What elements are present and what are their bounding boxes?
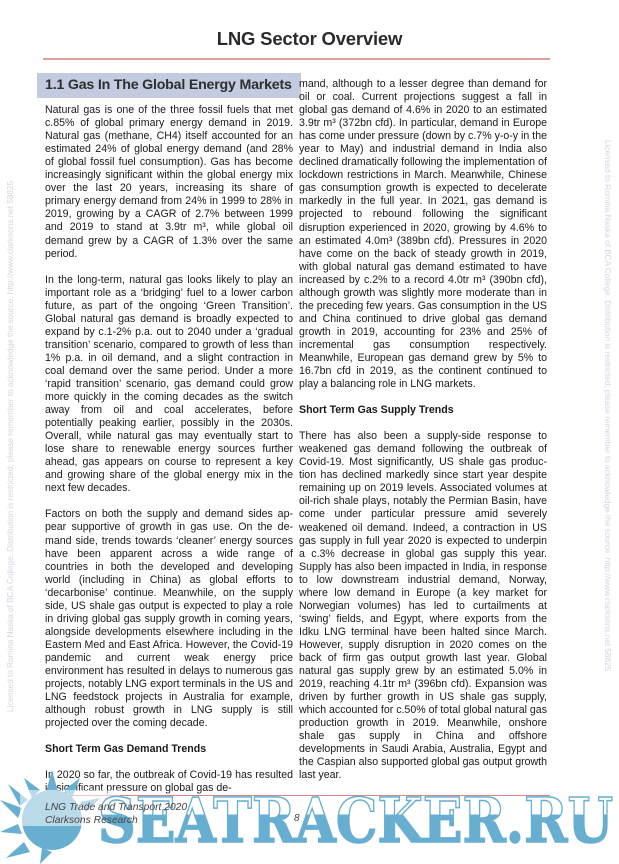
paragraph: In the long-term, natural gas looks like…: [45, 274, 293, 496]
subheading-supply-trends: Short Term Gas Supply Trends: [299, 404, 547, 417]
footer-publication: LNG Trade and Transport 2020: [45, 801, 187, 814]
footer-publication-info: LNG Trade and Transport 2020 Clarksons R…: [45, 801, 187, 827]
subheading-demand-trends: Short Term Gas Demand Trends: [45, 743, 293, 756]
page-title: LNG Sector Overview: [0, 28, 619, 50]
right-column: mand, although to a lesser degree than d…: [299, 78, 547, 795]
license-watermark-left: Licensed to Romina Naska of BCA College.…: [6, 181, 15, 712]
paragraph: Factors on both the supply and demand si…: [45, 508, 293, 730]
section-heading: 1.1 Gas In The Global Energy Markets: [37, 73, 301, 98]
paragraph: Natural gas is one of the three fossil f…: [45, 104, 293, 261]
page-number: 8: [294, 813, 300, 824]
footer-publisher: Clarksons Research: [45, 814, 187, 827]
left-column: 1.1 Gas In The Global Energy Markets Nat…: [45, 73, 293, 808]
license-watermark-right: Licensed to Romina Naska of BCA College.…: [603, 140, 612, 671]
paragraph: mand, although to a lesser degree than d…: [299, 78, 547, 391]
title-divider: [43, 58, 550, 60]
paragraph: There has also been a supply-side respon…: [299, 430, 547, 782]
